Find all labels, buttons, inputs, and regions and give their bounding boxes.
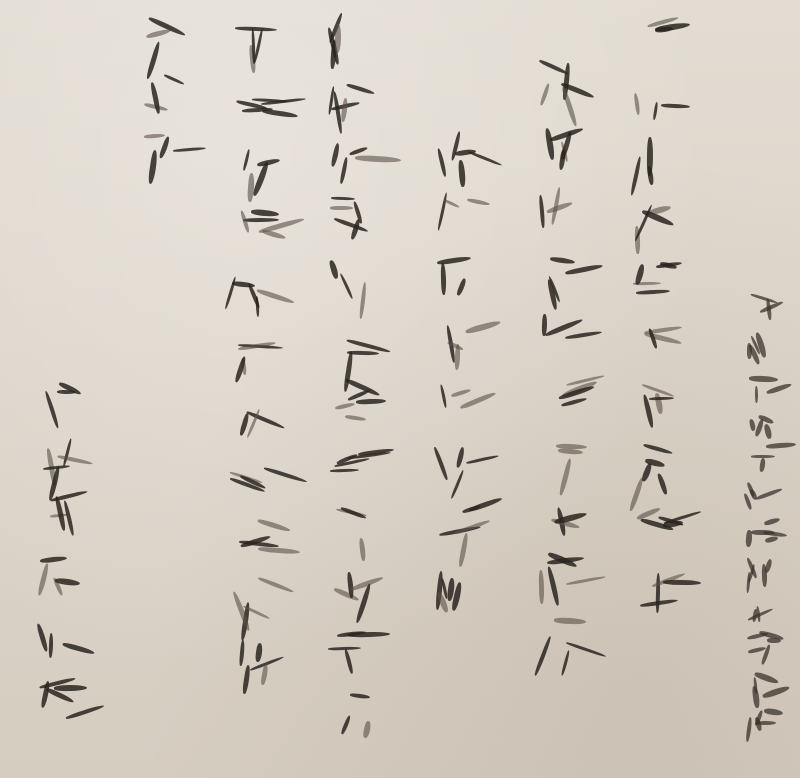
- column-annotation-right: [740, 290, 790, 760]
- ink-glyph: [537, 618, 593, 680]
- ink-glyph: [437, 440, 493, 502]
- ink-glyph: [228, 392, 292, 454]
- ink-glyph: [745, 670, 785, 708]
- ink-glyph: [745, 328, 785, 366]
- ink-glyph: [228, 206, 292, 268]
- ink-glyph: [632, 382, 688, 444]
- ink-glyph: [632, 320, 688, 382]
- ink-glyph: [537, 122, 593, 184]
- ink-glyph: [328, 258, 392, 320]
- ink-glyph: [328, 382, 392, 444]
- ink-glyph: [632, 444, 688, 506]
- ink-glyph: [537, 432, 593, 494]
- column-main-5: [220, 20, 300, 760]
- ink-glyph: [437, 192, 493, 254]
- ink-glyph: [328, 568, 392, 630]
- ink-glyph: [437, 130, 493, 192]
- ink-glyph: [537, 494, 593, 556]
- ink-glyph: [537, 184, 593, 246]
- ink-glyph: [37, 432, 93, 494]
- ink-glyph: [37, 494, 93, 556]
- ink-glyph: [228, 20, 292, 82]
- ink-glyph: [632, 10, 688, 72]
- manuscript-sheet: [0, 0, 800, 778]
- ink-glyph: [437, 254, 493, 316]
- ink-glyph: [328, 72, 392, 134]
- ink-glyph: [632, 568, 688, 630]
- ink-glyph: [632, 506, 688, 568]
- ink-glyph: [537, 370, 593, 432]
- ink-glyph: [142, 72, 198, 134]
- column-main-6: [135, 10, 205, 200]
- ink-glyph: [745, 442, 785, 480]
- ink-glyph: [632, 72, 688, 134]
- ink-glyph: [632, 134, 688, 196]
- column-main-4: [320, 10, 400, 770]
- ink-glyph: [537, 60, 593, 122]
- ink-glyph: [537, 308, 593, 370]
- ink-glyph: [37, 370, 93, 432]
- ink-glyph: [228, 82, 292, 144]
- ink-glyph: [328, 630, 392, 692]
- column-main-1: [625, 10, 695, 690]
- ink-glyph: [37, 556, 93, 618]
- ink-glyph: [745, 594, 785, 632]
- ink-glyph: [228, 454, 292, 516]
- ink-glyph: [142, 10, 198, 72]
- ink-glyph: [632, 196, 688, 258]
- ink-glyph: [632, 258, 688, 320]
- ink-glyph: [228, 640, 292, 702]
- ink-glyph: [745, 404, 785, 442]
- ink-glyph: [228, 578, 292, 640]
- ink-glyph: [745, 480, 785, 518]
- ink-glyph: [745, 632, 785, 670]
- ink-glyph: [328, 10, 392, 72]
- ink-glyph: [745, 290, 785, 328]
- ink-glyph: [228, 144, 292, 206]
- ink-glyph: [142, 134, 198, 196]
- ink-glyph: [328, 196, 392, 258]
- ink-glyph: [437, 378, 493, 440]
- column-main-2: [530, 60, 600, 730]
- ink-glyph: [328, 692, 392, 754]
- ink-glyph: [437, 564, 493, 626]
- ink-glyph: [328, 134, 392, 196]
- ink-glyph: [745, 366, 785, 404]
- ink-glyph: [437, 502, 493, 564]
- column-signature: [30, 370, 100, 750]
- ink-glyph: [228, 268, 292, 330]
- ink-glyph: [228, 516, 292, 578]
- ink-glyph: [328, 506, 392, 568]
- ink-glyph: [37, 680, 93, 742]
- ink-glyph: [745, 556, 785, 594]
- ink-glyph: [745, 518, 785, 556]
- ink-glyph: [537, 556, 593, 618]
- ink-glyph: [328, 444, 392, 506]
- column-main-3: [430, 130, 500, 660]
- ink-glyph: [437, 316, 493, 378]
- ink-glyph: [328, 320, 392, 382]
- ink-glyph: [37, 618, 93, 680]
- ink-glyph: [537, 246, 593, 308]
- ink-glyph: [228, 330, 292, 392]
- ink-glyph: [745, 708, 785, 746]
